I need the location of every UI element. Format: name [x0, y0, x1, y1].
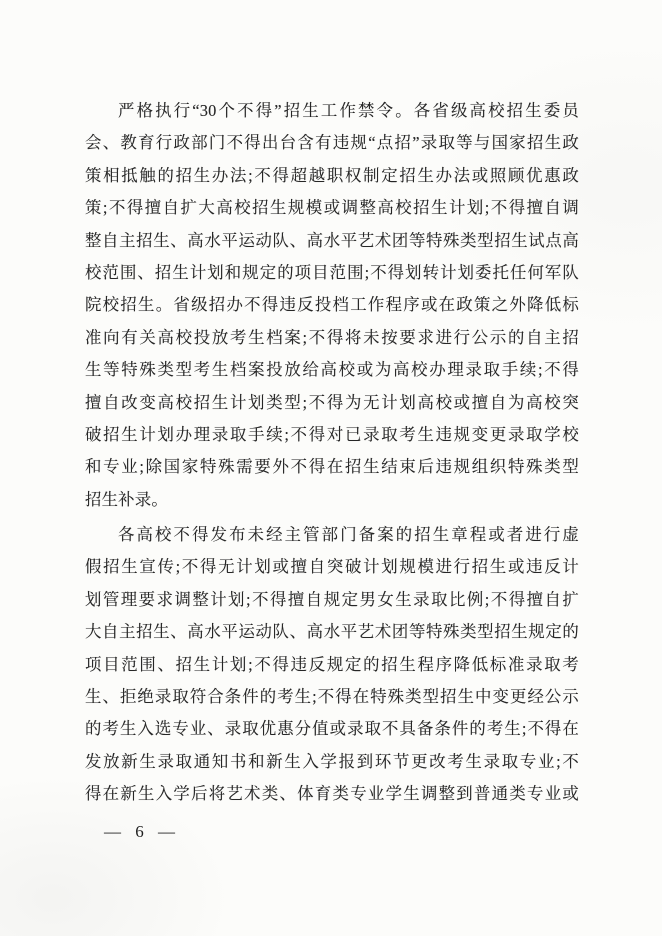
- text-line: 招生补录。: [85, 484, 579, 516]
- text-line: 严格执行“30个不得”招生工作禁令。各省级高校招生委员: [85, 95, 579, 127]
- paragraph-1: 严格执行“30个不得”招生工作禁令。各省级高校招生委员 会、教育行政部门不得出台…: [85, 95, 579, 516]
- document-page: 严格执行“30个不得”招生工作禁令。各省级高校招生委员 会、教育行政部门不得出台…: [0, 0, 662, 936]
- text-line: 整自主招生、高水平运动队、高水平艺术团等特殊类型招生试点高: [85, 225, 579, 257]
- text-line: 得在新生入学后将艺术类、体育类专业学生调整到普通类专业或: [85, 778, 579, 810]
- text-line: 院校招生。省级招办不得违反投档工作程序或在政策之外降低标: [85, 289, 579, 321]
- text-line: 校范围、招生计划和规定的项目范围;不得划转计划委托任何军队: [85, 257, 579, 289]
- page-number: — 6 —: [104, 820, 180, 844]
- paragraph-2: 各高校不得发布未经主管部门备案的招生章程或者进行虚 假招生宣传;不得无计划或擅自…: [85, 519, 579, 811]
- text-line: 各高校不得发布未经主管部门备案的招生章程或者进行虚: [85, 519, 579, 551]
- text-line: 会、教育行政部门不得出台含有违规“点招”录取等与国家招生政: [85, 127, 579, 159]
- text-line: 生、拒绝录取符合条件的考生;不得在特殊类型招生中变更经公示: [85, 681, 579, 713]
- text-line: 和专业;除国家特殊需要外不得在招生结束后违规组织特殊类型: [85, 451, 579, 483]
- text-line: 准向有关高校投放考生档案;不得将未按要求进行公示的自主招: [85, 322, 579, 354]
- text-line: 破招生计划办理录取手续;不得对已录取考生违规变更录取学校: [85, 419, 579, 451]
- text-line: 项目范围、招生计划;不得违反规定的招生程序降低标准录取考: [85, 649, 579, 681]
- text-line: 的考生入选专业、录取优惠分值或录取不具备条件的考生;不得在: [85, 713, 579, 745]
- text-line: 策相抵触的招生办法;不得超越职权制定招生办法或照顾优惠政: [85, 160, 579, 192]
- text-line: 发放新生录取通知书和新生入学报到环节更改考生录取专业;不: [85, 746, 579, 778]
- text-line: 假招生宣传;不得无计划或擅自突破计划规模进行招生或违反计: [85, 551, 579, 583]
- text-line: 策;不得擅自扩大高校招生规模或调整高校招生计划;不得擅自调: [85, 192, 579, 224]
- body-text: 严格执行“30个不得”招生工作禁令。各省级高校招生委员 会、教育行政部门不得出台…: [85, 95, 579, 811]
- text-line: 划管理要求调整计划;不得擅自规定男女生录取比例;不得擅自扩: [85, 584, 579, 616]
- text-line: 大自主招生、高水平运动队、高水平艺术团等特殊类型招生规定的: [85, 616, 579, 648]
- text-line: 生等特殊类型考生档案投放给高校或为高校办理录取手续;不得: [85, 354, 579, 386]
- text-line: 擅自改变高校招生计划类型;不得为无计划高校或擅自为高校突: [85, 387, 579, 419]
